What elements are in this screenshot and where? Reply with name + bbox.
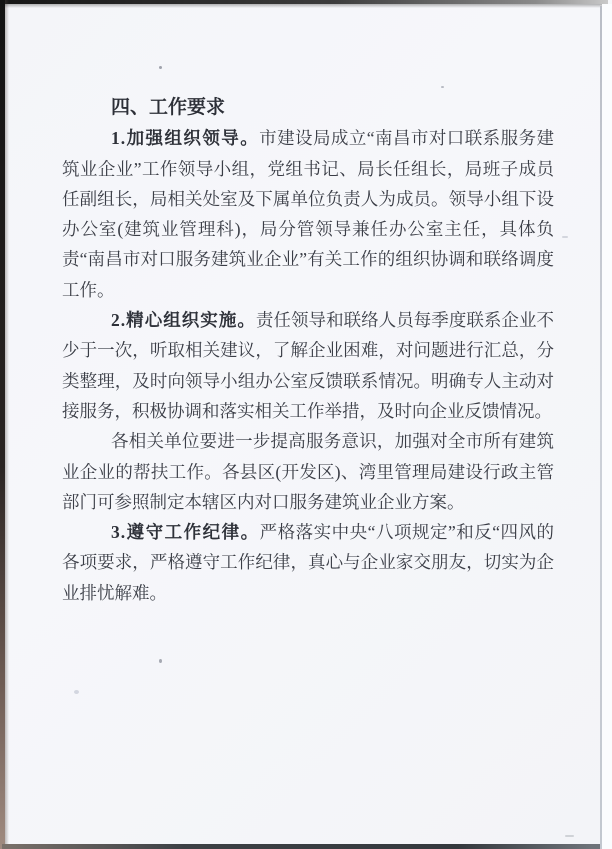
paragraph-3-text: 各相关单位要进一步提高服务意识，加强对全市所有建筑业企业的帮扶工作。各县区(开发… (62, 431, 554, 512)
scan-speck (74, 690, 79, 694)
scan-edge-right-line (600, 6, 602, 849)
scan-edge-top-shadow (0, 4, 608, 8)
scan-edge-left-shadow (5, 0, 9, 849)
scan-edge-right-margin (602, 4, 612, 849)
paragraph-2-lead: 2.精心组织实施。 (111, 310, 256, 330)
scanned-document-page: 四、工作要求 1.加强组织领导。市建设局成立“南昌市对口联系服务建筑业企业”工作… (0, 0, 612, 849)
scan-edge-bottom (2, 844, 610, 849)
paragraph-1-text: 市建设局成立“南昌市对口联系服务建筑业企业”工作领导小组，党组书记、局长任组长，… (62, 128, 554, 299)
paragraph-4-lead: 3.遵守工作纪律。 (111, 522, 260, 542)
document-content: 四、工作要求 1.加强组织领导。市建设局成立“南昌市对口联系服务建筑业企业”工作… (62, 93, 554, 608)
scan-speck (562, 236, 568, 238)
scan-speck (159, 66, 162, 69)
section-heading: 四、工作要求 (62, 93, 554, 123)
paragraph-3: 各相关单位要进一步提高服务意识，加强对全市所有建筑业企业的帮扶工作。各县区(开发… (62, 426, 554, 517)
scan-speck (159, 659, 162, 663)
scan-speck (565, 835, 574, 837)
paragraph-1-lead: 1.加强组织领导。 (111, 128, 259, 148)
scan-speck (441, 86, 444, 88)
paragraph-2: 2.精心组织实施。责任领导和联络人员每季度联系企业不少于一次，听取相关建议，了解… (62, 305, 554, 426)
paragraph-4: 3.遵守工作纪律。严格落实中央“八项规定”和反“四风的各项要求，严格遵守工作纪律… (62, 517, 554, 608)
paragraph-1: 1.加强组织领导。市建设局成立“南昌市对口联系服务建筑业企业”工作领导小组，党组… (62, 123, 554, 305)
